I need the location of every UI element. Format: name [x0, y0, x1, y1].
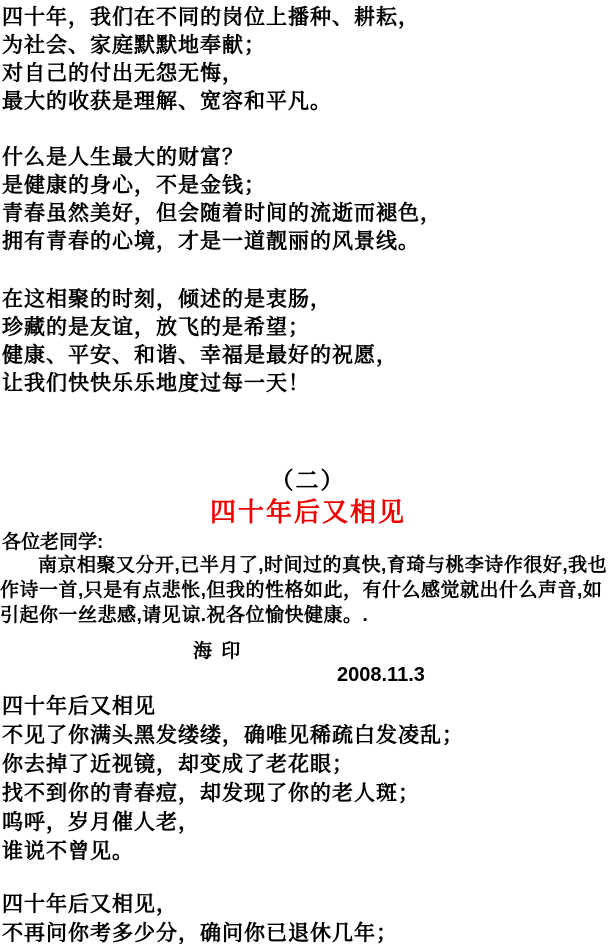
poem-line: 什么是人生最大的财富？ — [2, 144, 442, 172]
stanza-4: 四十年后又相见 不见了你满头黑发缕缕，确唯见稀疏白发凌乱； 你去掉了近视镜，却变… — [2, 692, 464, 866]
poem-line: 拥有青春的心境，才是一道靓丽的风景线。 — [2, 228, 442, 256]
letter-date: 2008.11.3 — [337, 664, 425, 687]
poem-line: 最大的收获是理解、宽容和平凡。 — [2, 88, 420, 116]
poem-line: 青春虽然美好，但会随着时间的流逝而褪色， — [2, 200, 442, 228]
poem-line: 你去掉了近视镜，却变成了老花眼； — [2, 750, 464, 779]
poem-line: 四十年后又相见， — [2, 890, 398, 919]
poem-line: 不见了你满头黑发缕缕，确唯见稀疏白发凌乱； — [2, 721, 464, 750]
poem-line: 四十年，我们在不同的岗位上播种、耕耘， — [2, 4, 420, 32]
poem-line: 珍藏的是友谊，放飞的是希望； — [2, 314, 398, 342]
section-title: 四十年后又相见 — [0, 492, 616, 529]
poem-line: 谁说不曾见。 — [2, 837, 464, 866]
poem-line: 呜呼，岁月催人老， — [2, 808, 464, 837]
poem-line: 在这相聚的时刻，倾述的是衷肠， — [2, 286, 398, 314]
poem-line: 找不到你的青春痘，却发现了你的老人斑； — [2, 779, 464, 808]
stanza-2: 什么是人生最大的财富？ 是健康的身心，不是金钱； 青春虽然美好，但会随着时间的流… — [2, 144, 442, 256]
section-number: （二） — [0, 462, 616, 495]
poem-line: 让我们快快乐乐地度过每一天！ — [2, 370, 398, 398]
letter-salutation: 各位老同学: — [2, 527, 103, 554]
poem-line: 是健康的身心，不是金钱； — [2, 172, 442, 200]
document-page: 四十年，我们在不同的岗位上播种、耕耘， 为社会、家庭默默地奉献； 对自己的付出无… — [0, 0, 616, 944]
poem-line: 不再问你考多少分，确问你已退休几年； — [2, 919, 398, 944]
stanza-5: 四十年后又相见， 不再问你考多少分，确问你已退休几年； — [2, 890, 398, 944]
poem-line: 健康、平安、和谐、幸福是最好的祝愿， — [2, 342, 398, 370]
letter-signature: 海 印 — [193, 636, 242, 663]
letter-body: 南京相聚又分开,已半月了,时间过的真快,育琦与桃李诗作很好,我也作诗一首,只是有… — [0, 553, 614, 628]
stanza-3: 在这相聚的时刻，倾述的是衷肠， 珍藏的是友谊，放飞的是希望； 健康、平安、和谐、… — [2, 286, 398, 398]
stanza-1: 四十年，我们在不同的岗位上播种、耕耘， 为社会、家庭默默地奉献； 对自己的付出无… — [2, 4, 420, 116]
poem-line: 对自己的付出无怨无悔， — [2, 60, 420, 88]
poem-line: 为社会、家庭默默地奉献； — [2, 32, 420, 60]
poem-line: 四十年后又相见 — [2, 692, 464, 721]
